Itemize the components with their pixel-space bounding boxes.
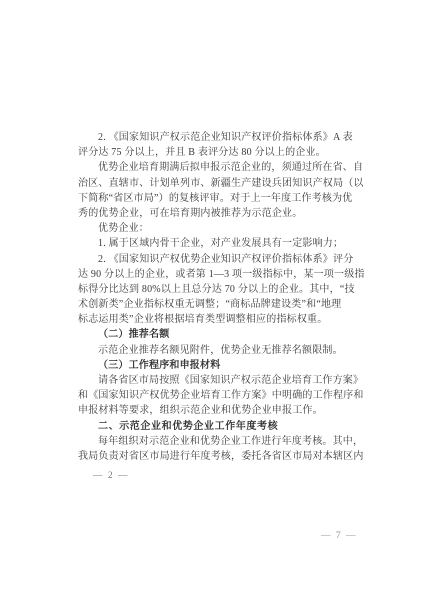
text-line: 示范企业推荐名额见附件，优势企业无推荐名额限制。 bbox=[78, 343, 366, 358]
text-line: 秀的优势企业，可在培育期内被推荐为示范企业。 bbox=[78, 206, 366, 221]
text-line: 请各省区市局按照《国家知识产权示范企业培育工作方案》 bbox=[78, 373, 366, 388]
text-line: 下简称“省区市局”）的复核评审。对于上一年度工作考核为优 bbox=[78, 191, 366, 206]
sub-heading-recommendation-quota: （二）推荐名额 bbox=[78, 327, 366, 342]
text-line: 1. 属于区域内骨干企业，对产业发展具有一定影响力； bbox=[78, 236, 366, 251]
document-text-block: 2. 《国家知识产权示范企业知识产权评价指标体系》A 表 评分达 75 分以上，… bbox=[78, 130, 366, 464]
text-line: 优势企业： bbox=[78, 221, 366, 236]
page-number-left: — 2 — bbox=[93, 471, 129, 481]
text-line: 和《国家知识产权优势企业培育工作方案》中明确的工作程序和 bbox=[78, 388, 366, 403]
text-line: 术创新类”企业指标权重无调整；“商标品牌建设类”和“地理 bbox=[78, 297, 366, 312]
text-line: 标志运用类”企业将根据培育类型调整相应的指标权重。 bbox=[78, 312, 366, 327]
text-line: 我局负责对省区市局进行年度考核，委托各省区市局对本辖区内 bbox=[78, 449, 366, 464]
text-line: 达 90 分以上的企业，或者第 1—3 项一级指标中，某一项一级指 bbox=[78, 267, 366, 282]
section-heading-annual-review: 二、示范企业和优势企业工作年度考核 bbox=[78, 419, 366, 434]
document-page: 2. 《国家知识产权示范企业知识产权评价指标体系》A 表 评分达 75 分以上，… bbox=[0, 0, 424, 600]
page-number-right: — 7 — bbox=[321, 531, 357, 541]
text-line: 申报材料等要求，组织示范企业和优势企业申报工作。 bbox=[78, 403, 366, 418]
text-line: 评分达 75 分以上，并且 B 表评分达 80 分以上的企业。 bbox=[78, 145, 366, 160]
text-line: 每年组织对示范企业和优势企业工作进行年度考核。其中， bbox=[78, 434, 366, 449]
text-line: 2. 《国家知识产权优势企业知识产权评价指标体系》评分 bbox=[78, 252, 366, 267]
text-line: 优势企业培育期满后拟申报示范企业的，须通过所在省、自 bbox=[78, 160, 366, 175]
text-line: 2. 《国家知识产权示范企业知识产权评价指标体系》A 表 bbox=[78, 130, 366, 145]
text-line: 标得分比达到 80%以上且总分达 70 分以上的企业。其中，“技 bbox=[78, 282, 366, 297]
sub-heading-work-procedure: （三）工作程序和申报材料 bbox=[78, 358, 366, 373]
text-line: 治区、直辖市、计划单列市、新疆生产建设兵团知识产权局（以 bbox=[78, 176, 366, 191]
